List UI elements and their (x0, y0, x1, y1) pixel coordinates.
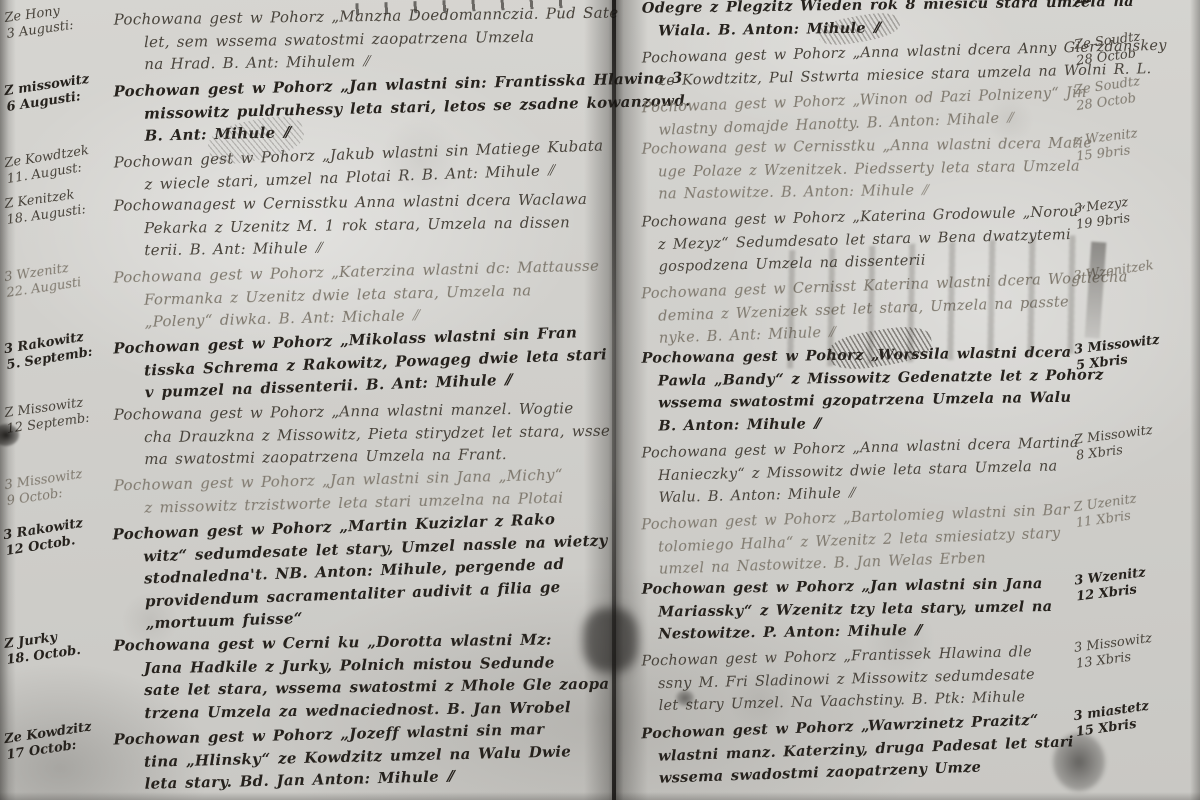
entry-text: Pochowana gest w Cerni ku „Dorotta wlast… (113, 627, 600, 724)
burial-entry: z Wzenitz15 9brisPochowana gest w Cernis… (620, 131, 1200, 207)
entry-text: Pochowanagest w Cernisstku Anna wlastni … (114, 188, 601, 262)
entry-text: Pochowana gest w Cernisstku „Anna wlastn… (642, 133, 1073, 206)
page-edge-shading (1190, 0, 1200, 800)
entry-text: Pochowan gest w Pohorz „Bartolomieg wlas… (641, 499, 1073, 581)
entry-text: Pochowan gest w Pohorz „Martin Kuzizlar … (112, 507, 602, 636)
entry-text: Pochowan gest w Pohorz „Mikolass wlastni… (113, 321, 601, 405)
binding-fold-crack (612, 0, 616, 800)
entry-text: Pochowana gest w Pohorz „Anna wlastni dc… (641, 432, 1073, 510)
page-edge-shading (0, 792, 1200, 800)
ink-bleedthrough (755, 234, 1105, 370)
entry-text: Pochowan gest w Pohorz „Wawrzinetz Prazi… (641, 708, 1073, 790)
burial-entry: Z Missowitz12 Septemb:Pochowana gest w P… (0, 396, 600, 472)
ink-blot (1053, 733, 1105, 791)
binding-fold (584, 0, 648, 800)
left-page: Ze Hony3 Augusti:Pochowana gest w Pohorz… (0, 0, 600, 800)
burial-entry: 3 miastetz15 XbrisPochowan gest w Pohorz… (619, 703, 1200, 791)
entry-text: Pochowana gest w Pohorz „Katerzina wlast… (113, 254, 601, 333)
burial-entry: Ze Kowdzitz17 Octob:Pochowan gest w Poho… (0, 716, 601, 798)
entry-text: Pochowan gest w Pohorz „Jan wlastni sin … (642, 572, 1073, 645)
burial-entry: Ze Hony3 Augusti:Pochowana gest w Pohorz… (0, 2, 600, 78)
entry-text: Pochowan gest w Pohorz „Frantissek Hlawi… (641, 640, 1073, 718)
burial-entry: 3 Rakowitz12 Octob.Pochowan gest w Pohor… (0, 507, 602, 640)
ink-blot (676, 690, 694, 706)
entry-text: Pochowan gest w Pohorz „Jan wlastni sin:… (113, 68, 601, 147)
burial-entry: 3 Wzenitz12 XbrisPochowan gest w Pohorz … (620, 570, 1200, 646)
entry-margin: Ze Hony3 Augusti: (4, 0, 115, 43)
page-edge-shading (0, 0, 16, 800)
burial-entry: Z Kenitzek18. Augusti:Pochowanagest w Ce… (0, 188, 600, 264)
entry-text: Pochowan gest w Pohorz „Jozeff wlastni s… (113, 716, 601, 795)
burial-entry: Z Jurky18. Octob.Pochowana gest w Cerni … (0, 627, 601, 725)
right-page: 22 Octob:Odegre z Plegzitz Wieden rok 8 … (620, 0, 1200, 800)
fold-shadow-patch (583, 608, 638, 672)
entry-text: Pochowana gest w Pohorz „Anna wlastni ma… (114, 396, 601, 470)
manuscript-scan: Ze Hony3 Augusti:Pochowana gest w Pohorz… (0, 0, 1200, 800)
